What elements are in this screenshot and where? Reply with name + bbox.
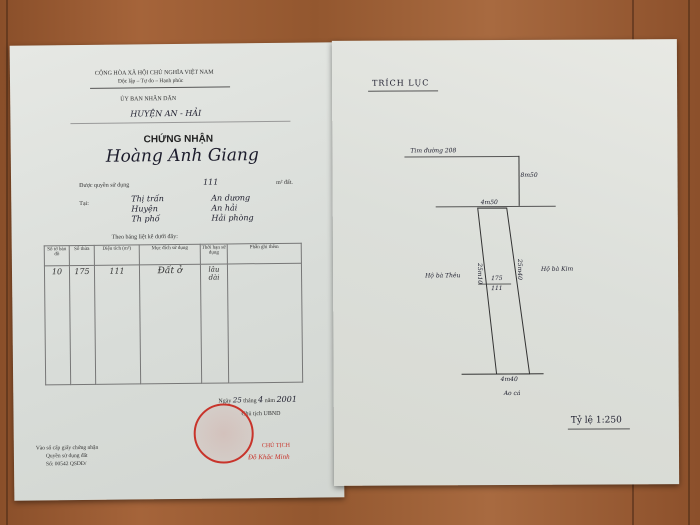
area-unit: m² đất. [276, 180, 293, 186]
divider [70, 121, 290, 124]
stamp-signer-name: Đỗ Khắc Minh [248, 453, 290, 461]
national-header: CỘNG HÒA XÃ HỘI CHỦ NGHĨA VIỆT NAM [95, 70, 214, 77]
authority-label: ỦY BAN NHÂN DÂN [120, 96, 176, 103]
col-header: Mục đích sử dụng [139, 244, 200, 265]
divider [90, 86, 230, 88]
official-red-stamp [193, 403, 254, 464]
issue-date: Ngày 25 tháng 4 năm 2001 [218, 395, 297, 405]
parcel-table: Số tờ bản đồ Số thửa Diện tích (m²) Mục … [44, 243, 303, 386]
location-names: An dương An hải Hải phòng [211, 193, 254, 223]
rear-neighbor-label: Ao cá [504, 390, 521, 397]
rear-width: 4m40 [501, 376, 518, 383]
table-intro: Theo bảng liệt kê dưới đây: [112, 234, 178, 241]
wood-seam [688, 0, 690, 525]
city-name: Hải phòng [211, 213, 253, 223]
cell-parcel: 175 [69, 265, 95, 384]
cell-map-sheet: 10 [44, 266, 70, 385]
town-name: An dương [211, 193, 253, 203]
col-header: Diện tích (m²) [94, 245, 139, 265]
registry-line-1: Vào sổ cấp giấy chứng nhận [36, 445, 98, 452]
left-side-length: 25m10 [476, 263, 483, 284]
parcel-number: 175 [491, 275, 502, 282]
col-header: Số tờ bản đồ [44, 246, 69, 266]
land-use-label: Được quyền sử dụng [79, 182, 129, 189]
right-side-length: 25m40 [516, 259, 523, 280]
col-header: Thời hạn sử dụng [200, 244, 227, 264]
neighbor-left: Hộ bà Thêu [425, 272, 460, 279]
district-type: Huyện [131, 204, 164, 214]
cell-purpose: Đất ở [139, 264, 201, 384]
district-name: HUYỆN AN - HẢI [130, 109, 201, 119]
table-row: 10 175 111 Đất ở lâu dài [44, 263, 302, 385]
town-type: Thị trấn [131, 194, 164, 204]
scale-label: Tỷ lệ 1:250 [571, 415, 622, 425]
registry-line-2: Quyền sử dụng đất [46, 453, 88, 459]
neighbor-right: Hộ bà Kim [541, 266, 573, 273]
area-value: 111 [203, 178, 218, 187]
district-name-value: An hải [211, 203, 253, 213]
parcel-outline [332, 39, 679, 486]
city-type: Th phố [131, 214, 164, 224]
owner-name: Hoàng Anh Giang [106, 145, 259, 167]
stamp-title: CHỦ TỊCH [262, 443, 290, 449]
cell-area: 111 [94, 265, 140, 384]
cell-term: lâu dài [200, 264, 228, 383]
location-label: Tại: [79, 201, 89, 207]
land-plot-extract-page: TRÍCH LỤC Tim đường 208 8m50 4m50 25m10 … [332, 39, 679, 486]
col-header: Phần ghi thêm [227, 243, 301, 264]
national-motto: Độc lập – Tự do – Hạnh phúc [118, 78, 183, 85]
location-types: Thị trấn Huyện Th phố [131, 194, 164, 224]
parcel-area: 111 [491, 285, 502, 292]
registry-number: Số: 00542 QSDĐ/ [46, 461, 86, 467]
certificate-left-page: CỘNG HÒA XÃ HỘI CHỦ NGHĨA VIỆT NAM Độc l… [10, 42, 345, 500]
certificate-title: CHỨNG NHẬN [144, 134, 214, 146]
wood-seam [6, 0, 8, 525]
col-header: Số thửa [69, 245, 94, 265]
cell-notes [227, 263, 302, 383]
